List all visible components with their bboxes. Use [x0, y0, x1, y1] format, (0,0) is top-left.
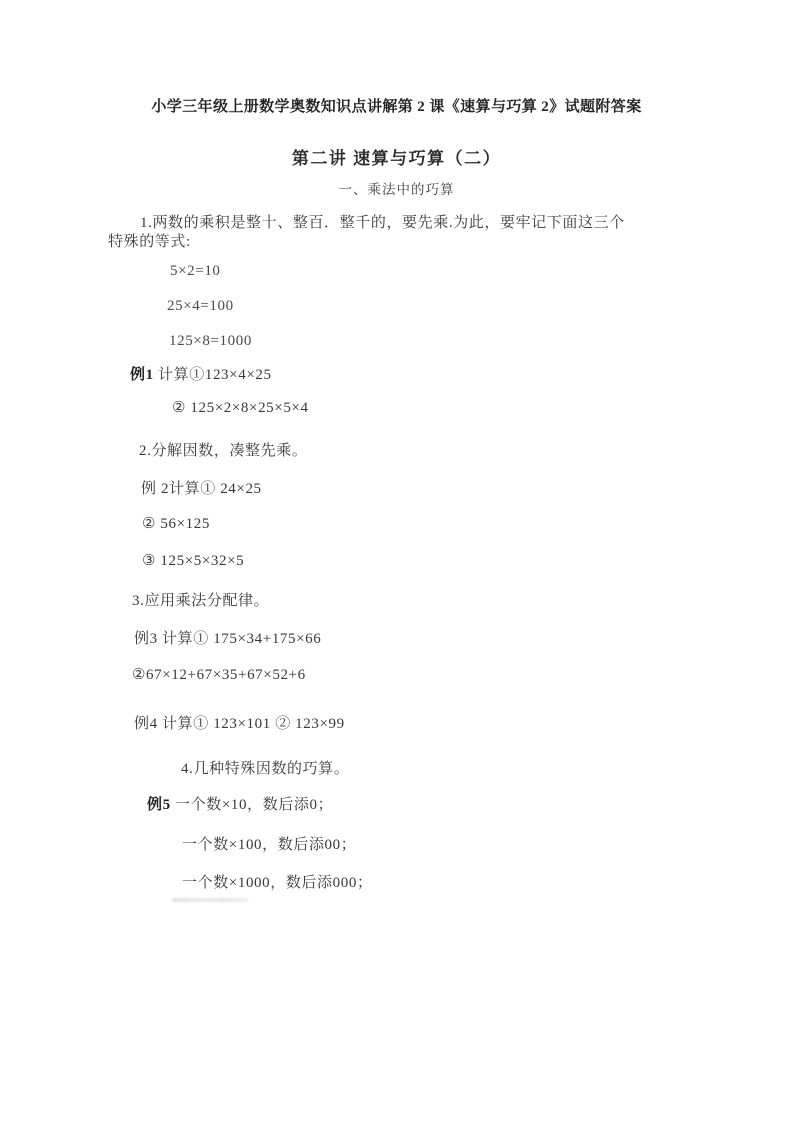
example1-text: 计算①123×4×25 — [154, 367, 272, 383]
example2-item3: ③ 125×5×32×5 — [142, 551, 244, 570]
intro-paragraph-line1: 1.两数的乘积是整十、整百．整千的，要先乘.为此，要牢记下面这三个 — [140, 211, 625, 232]
equation-25x4: 25×4=100 — [167, 298, 234, 315]
example2-item2: ② 56×125 — [142, 514, 210, 533]
example5-line2: 一个数×100，数后添00； — [182, 833, 356, 854]
intro-paragraph-line2: 特殊的等式: — [108, 230, 191, 251]
example1-line: 例1 计算①123×4×25 — [130, 363, 272, 384]
example4-line: 例4 计算① 123×101 ② 123×99 — [134, 712, 345, 733]
example5-label: 例5 — [147, 797, 171, 813]
example5-text1: 一个数×10，数后添0； — [171, 797, 334, 813]
section4-heading: 4.几种特殊因数的巧算。 — [181, 757, 349, 778]
faint-truncated-line — [172, 898, 248, 902]
example1-label: 例1 — [130, 367, 154, 383]
equation-5x2: 5×2=10 — [170, 263, 221, 280]
example5-line3: 一个数×1000，数后添000； — [182, 871, 373, 892]
example3-line1: 例3 计算① 175×34+175×66 — [134, 627, 321, 648]
section2-heading: 2.分解因数，凑整先乘。 — [139, 439, 307, 460]
example5-line1: 例5 一个数×10，数后添0； — [147, 793, 333, 814]
equation-125x8: 125×8=1000 — [169, 333, 252, 350]
lecture-heading: 第二讲 速算与巧算（二） — [0, 144, 793, 169]
section3-heading: 3.应用乘法分配律。 — [132, 589, 269, 610]
document-page: 小学三年级上册数学奥数知识点讲解第 2 课《速算与巧算 2》试题附答案 第二讲 … — [0, 0, 793, 1122]
example2-line1: 例 2计算① 24×25 — [141, 477, 262, 498]
section-subheading: 一、乘法中的巧算 — [0, 178, 793, 198]
document-title: 小学三年级上册数学奥数知识点讲解第 2 课《速算与巧算 2》试题附答案 — [0, 95, 793, 116]
example3-line2: ②67×12+67×35+67×52+6 — [132, 665, 306, 684]
example1-item2: ② 125×2×8×25×5×4 — [172, 398, 309, 417]
